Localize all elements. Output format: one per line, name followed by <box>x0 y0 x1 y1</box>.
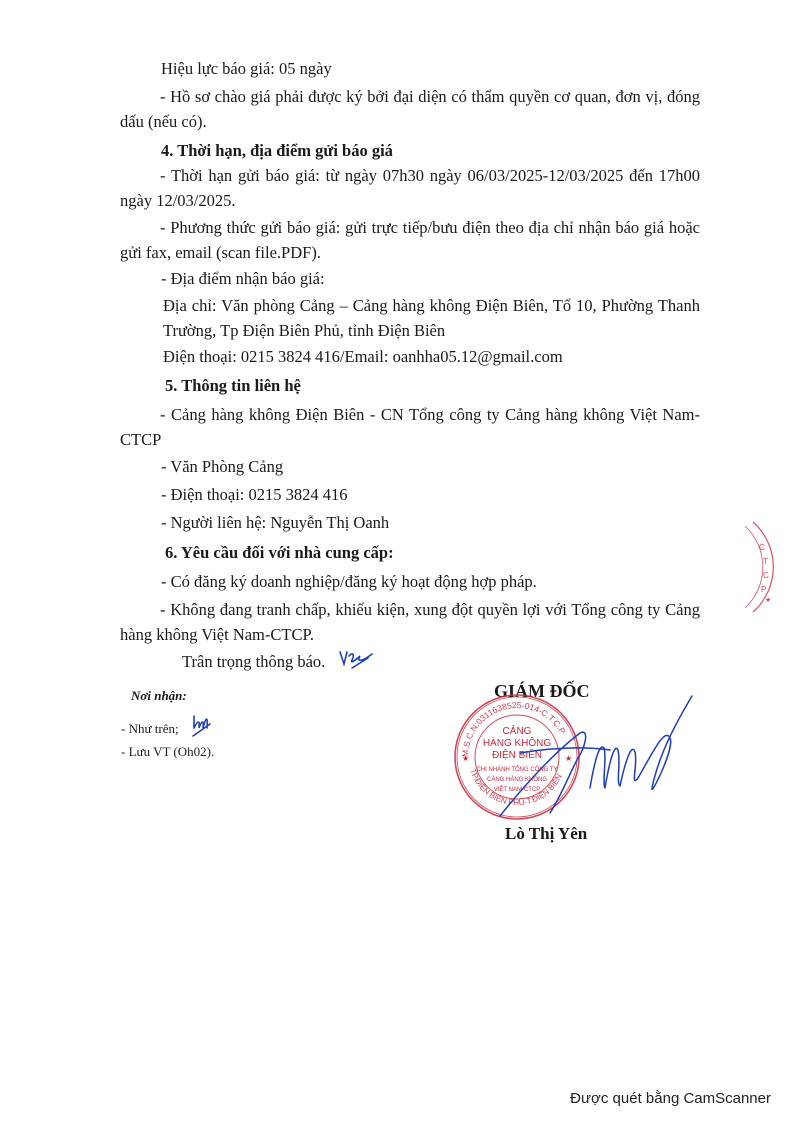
signing-requirement: - Hồ sơ chào giá phải được ký bởi đại di… <box>120 84 700 134</box>
document-page: Hiệu lực báo giá: 05 ngày - Hồ sơ chào g… <box>0 0 793 1123</box>
svg-text:T: T <box>763 557 768 566</box>
section4-phone-email: Điện thoại: 0215 3824 416/Email: oanhha0… <box>163 347 563 367</box>
quote-validity: Hiệu lực báo giá: 05 ngày <box>161 59 332 79</box>
svg-text:★: ★ <box>765 596 771 604</box>
signer-name: Lò Thị Yên <box>505 824 587 844</box>
recipient-item: - Lưu VT (Oh02). <box>121 742 214 762</box>
svg-text:★: ★ <box>462 754 469 763</box>
recipients-label: Nơi nhận: <box>131 686 187 706</box>
initials-icon <box>338 646 374 672</box>
section4-method: - Phương thức gửi báo giá: gửi trực tiếp… <box>120 215 700 265</box>
section5-heading: 5. Thông tin liên hệ <box>165 376 301 396</box>
section5-org: - Cảng hàng không Điện Biên - CN Tổng cô… <box>120 402 700 452</box>
section5-phone: - Điện thoại: 0215 3824 416 <box>161 485 348 505</box>
initials-icon <box>190 712 214 738</box>
recipient-item: - Như trên; <box>121 719 179 739</box>
svg-text:P: P <box>761 585 766 594</box>
section6-req2: - Không đang tranh chấp, khiếu kiện, xun… <box>120 597 700 647</box>
camscanner-watermark: Được quét bằng CamScanner <box>570 1090 771 1107</box>
section5-contact: - Người liên hệ: Nguyễn Thị Oanh <box>161 513 389 533</box>
section4-deadline: - Thời hạn gửi báo giá: từ ngày 07h30 ng… <box>120 163 700 213</box>
director-signature-icon <box>480 688 700 828</box>
partial-seal-icon: C T C P ★ <box>725 512 785 622</box>
svg-text:C: C <box>759 543 765 552</box>
closing-text: Trân trọng thông báo. <box>182 652 325 672</box>
section4-heading: 4. Thời hạn, địa điểm gửi báo giá <box>161 141 393 161</box>
section6-heading: 6. Yêu cầu đối với nhà cung cấp: <box>165 543 394 563</box>
section5-office: - Văn Phòng Cảng <box>161 457 283 477</box>
section4-address: Địa chỉ: Văn phòng Cảng – Cảng hàng khôn… <box>163 293 700 343</box>
svg-text:C: C <box>763 571 769 580</box>
section6-req1: - Có đăng ký doanh nghiệp/đăng ký hoạt đ… <box>161 572 537 592</box>
section4-location-label: - Địa điểm nhận báo giá: <box>161 269 325 289</box>
